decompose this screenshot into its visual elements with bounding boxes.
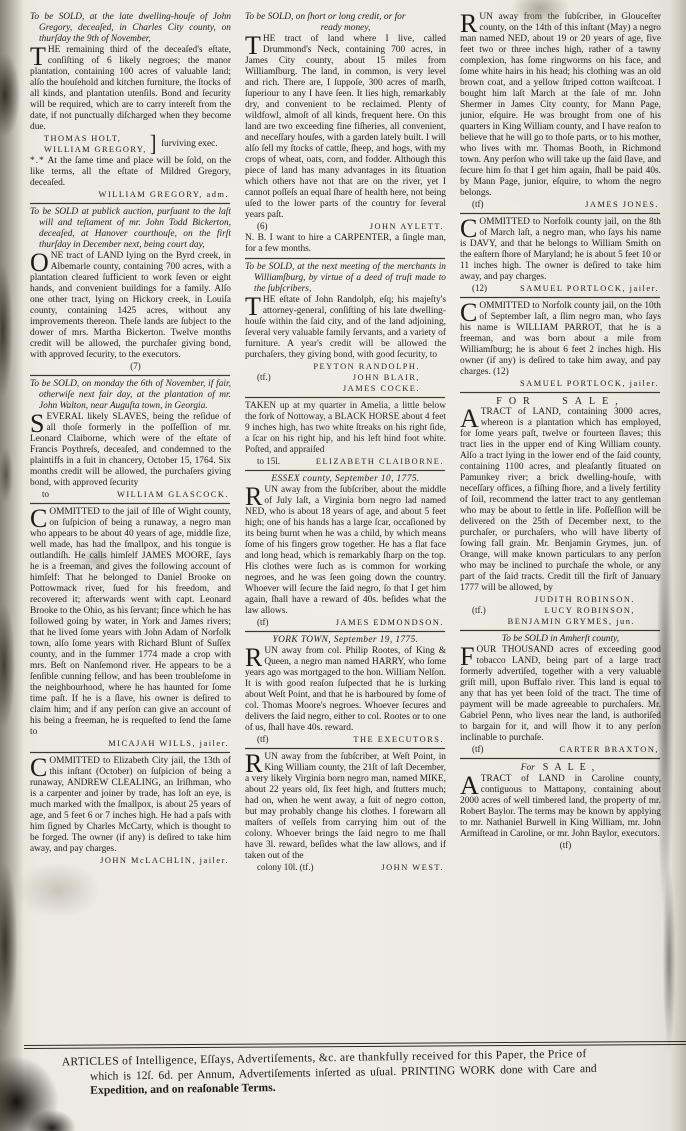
ad-bickerton-auction: To be SOLD at publick auction, purſuant … [30, 207, 231, 372]
ad-body: ATRACT of LAND in Caroline county, conti… [460, 774, 661, 840]
sig-mark: (tf) [472, 199, 484, 210]
ad-text: EVERAL likely SLAVES, being the reſidue … [30, 412, 231, 488]
drop-cap: C [30, 756, 49, 778]
ad-text: HE remaining third of the deceaſed's eſt… [30, 45, 231, 132]
ad-intro: To be SOLD, on monday the 6th of Novembe… [30, 379, 231, 412]
sig-center: (tf) [472, 840, 659, 851]
drop-cap: C [460, 217, 479, 239]
drop-cap: C [460, 301, 479, 323]
ad-postscript: *.* At the ſame time and place will be ſ… [30, 155, 231, 189]
heading-word-sale: SALE, [543, 762, 601, 773]
ad-text: HE eſtate of John Randolph, eſq; his maj… [245, 295, 446, 360]
ad-land-sale-king-william: FOR SALE, ATRACT of LAND, containing 300… [460, 396, 661, 627]
drop-cap: O [30, 251, 51, 273]
ad-runaway-mike-westpoint: RUN away from the ſubſcriber, at Weſt Po… [245, 752, 446, 873]
ad-body: THE eſtate of John Randolph, eſq; his ma… [245, 295, 446, 361]
ad-taken-up-black-horse: TAKEN up at my quarter in Amelia, a litt… [245, 401, 446, 467]
divider-rule [460, 392, 660, 393]
ad-body: THE remaining third of the deceaſed's eſ… [30, 45, 231, 133]
ad-body: THE tract of land where I live, called D… [245, 34, 446, 221]
ad-text: HE tract of land where I live, called Dr… [245, 34, 446, 220]
ad-heading: FOR SALE, [460, 396, 661, 407]
ad-drummonds-neck-sale: To be SOLD, on ſhort or long credit, or … [245, 12, 446, 255]
divider-rule [30, 203, 230, 204]
sig-mark: (12) [472, 283, 487, 294]
sig-name: CARTER BRAXTON, [559, 744, 659, 755]
sig-center: (7) [42, 361, 229, 372]
divider-rule [460, 630, 660, 631]
ad-text: UN away from col. Philip Rootes, of King… [245, 646, 446, 733]
divider-rule [460, 758, 660, 759]
divider-rule [245, 258, 445, 259]
heading-word-for: For [521, 763, 535, 773]
ad-text: UN away from the ſubſcriber, at Weſt Poi… [245, 752, 446, 861]
ad-text: OMMITTED to the jail of Iſle of Wight co… [30, 507, 231, 737]
ad-signature: JAMES COCKE. [245, 383, 446, 394]
column-2: To be SOLD, on ſhort or long credit, or … [245, 12, 446, 1040]
drop-cap: R [245, 646, 264, 668]
ad-text: OMMITTED to Elizabeth City jail, the 13t… [30, 756, 231, 854]
ad-body: ATRACT of LAND, containing 3000 acres, w… [460, 407, 661, 594]
ad-signature: (tf)CARTER BRAXTON, [460, 744, 661, 755]
ad-runaway-ned-gloucester: RUN away from the ſubſcriber, in Glouceſ… [460, 12, 661, 210]
divider-rule [245, 748, 445, 749]
sig-name: PEYTON RANDOLPH. [313, 361, 420, 372]
sig-mark: colony 10l. (tf.) [257, 862, 314, 873]
brace-glyph: ] [150, 133, 157, 156]
asterism-mark: *.* [30, 156, 45, 166]
ad-signature: SAMUEL PORTLOCK, jailer. [460, 378, 661, 389]
ad-signature: (7) [30, 361, 231, 372]
ad-committed-william-parrot: COMMITTED to Norfolk county jail, on the… [460, 301, 661, 389]
sig-mark: (tf) [257, 734, 269, 745]
ad-georgia-slaves-sale: To be SOLD, on monday the 6th of Novembe… [30, 379, 231, 500]
ad-intro-line2: ready money, [245, 23, 446, 34]
ad-randolph-estate-sale: To be SOLD, at the next meeting of the m… [245, 262, 446, 394]
sig-name: JOHN McLACHLIN, jailer. [100, 855, 229, 866]
drop-cap: R [245, 485, 264, 507]
ad-body: ONE tract of LAND lying on the Byrd cree… [30, 251, 231, 361]
ad-text: OMMITTED to Norfolk county jail, on the … [460, 301, 661, 377]
ad-runaway-harry-yorktown: YORK TOWN, September 19, 1775. RUN away … [245, 635, 446, 745]
sig-mark: to [42, 489, 49, 500]
sig-mark: (tf.) [472, 605, 486, 616]
ad-intro: To be SOLD, on ſhort or long credit, or … [245, 12, 446, 23]
sig-name: JAMES JONES. [585, 199, 659, 210]
ad-signature: MICAJAH WILLS, jailer. [30, 738, 231, 749]
sig-mark: (tf) [472, 744, 484, 755]
ad-signature: to 15l.ELIZABETH CLAIBORNE. [245, 456, 446, 467]
drop-cap: T [245, 34, 263, 56]
ad-dateline: ESSEX county, September 10, 1775. [245, 474, 446, 485]
ad-signature: (tf) [460, 840, 661, 851]
sig-name: WILLIAM GLASCOCK. [117, 489, 229, 500]
ad-signature: colony 10l. (tf.)JOHN WEST. [245, 862, 446, 873]
ad-body: SEVERAL likely SLAVES, being the reſidue… [30, 412, 231, 489]
nota-bene: N. B. I want to hire a CARPENTER, a ſing… [245, 232, 446, 255]
divider-rule [30, 503, 230, 504]
executor-label: ſurviving exec. [159, 139, 217, 150]
ad-body: COMMITTED to the jail of Iſle of Wight c… [30, 507, 231, 738]
sig-name: JAMES EDMONDSON. [336, 617, 444, 628]
ad-intro: To be SOLD in Amherſt county, [460, 634, 661, 645]
ad-committed-andrew-clealing: COMMITTED to Elizabeth City jail, the 13… [30, 756, 231, 866]
ad-text: OMMITTED to Norfolk county jail, on the … [460, 217, 661, 282]
sig-name: SAMUEL PORTLOCK, jailer. [520, 283, 659, 294]
sig-name: JUDITH ROBINSON. [535, 594, 635, 605]
ad-body: RUN away from col. Philip Rootes, of Kin… [245, 646, 446, 734]
column-1: To be SOLD, at the late dwelling-houſe o… [30, 12, 231, 1040]
ad-body: RUN away from the ſubſcriber, at Weſt Po… [245, 752, 446, 862]
ad-text: TRACT of LAND, containing 3000 acres, wh… [460, 407, 661, 593]
ad-heading: ForSALE, [460, 762, 661, 774]
executor-name: WILLIAM GREGORY, [44, 144, 147, 155]
sig-mark: to 15l. [257, 456, 280, 467]
drop-cap: T [245, 295, 263, 317]
divider-rule [245, 470, 445, 471]
sig-name: THE EXECUTORS. [353, 734, 444, 745]
ad-signature: JOHN McLACHLIN, jailer. [30, 855, 231, 866]
ad-signature: (tf.)LUCY ROBINSON, [460, 605, 661, 616]
ad-signature: BENJAMIN GRYMES, jun. [460, 616, 661, 627]
drop-cap: A [460, 407, 481, 429]
sig-name: JOHN AYLETT. [370, 221, 444, 232]
divider-rule [460, 297, 660, 298]
ad-text: OUR THOUSAND acres of exceeding good tob… [460, 645, 661, 743]
sig-name: JAMES COCKE. [343, 383, 420, 394]
ad-runaway-ned-essex: ESSEX county, September 10, 1775. RUN aw… [245, 474, 446, 628]
drop-cap: S [30, 412, 46, 434]
ad-signature: (tf.)JOHN BLAIR, [245, 372, 446, 383]
postscript-text: At the ſame time and place will be ſold,… [30, 156, 231, 188]
sig-mark: (tf.) [257, 372, 271, 383]
executor-names: THOMAS HOLT, WILLIAM GREGORY, [44, 133, 147, 155]
divider-rule [30, 375, 230, 376]
ad-committed-davy: COMMITTED to Norfolk county jail, on the… [460, 217, 661, 294]
sig-name: WILLIAM GREGORY, adm. [99, 189, 229, 200]
ad-caroline-tract-sale: ForSALE, ATRACT of LAND in Caroline coun… [460, 762, 661, 851]
executor-name: THOMAS HOLT, [44, 133, 147, 144]
sig-name: JOHN BLAIR, [353, 372, 420, 383]
ad-signature: (tf)JAMES JONES. [460, 199, 661, 210]
ad-body: COMMITTED to Elizabeth City jail, the 13… [30, 756, 231, 855]
ad-text: TRACT of LAND in Caroline county, contig… [460, 774, 661, 839]
sig-mark: (6) [257, 221, 268, 232]
drop-cap: F [460, 645, 476, 667]
divider-rule [245, 631, 445, 632]
drop-cap: T [30, 45, 48, 67]
ad-signature: toWILLIAM GLASCOCK. [30, 489, 231, 500]
drop-cap: A [460, 774, 481, 796]
sig-name: LUCY ROBINSON, [545, 605, 636, 616]
sig-name: SAMUEL PORTLOCK, jailer. [520, 378, 659, 389]
sig-name: MICAJAH WILLS, jailer. [108, 738, 229, 749]
ad-text: UN away from the ſubſcriber, about the m… [245, 485, 446, 616]
ad-body: COMMITTED to Norfolk county jail, on the… [460, 301, 661, 378]
ad-gregory-estate-sale: To be SOLD, at the late dwelling-houſe o… [30, 12, 231, 200]
sig-name: ELIZABETH CLAIBORNE. [316, 456, 444, 467]
ad-body: RUN away from the ſubſcriber, about the … [245, 485, 446, 617]
sig-name: BENJAMIN GRYMES, jun. [508, 616, 635, 627]
executors-brace-block: THOMAS HOLT, WILLIAM GREGORY, ] ſurvivin… [30, 133, 231, 155]
ad-body: TAKEN up at my quarter in Amelia, a litt… [245, 401, 446, 456]
ad-signature: (tf)THE EXECUTORS. [245, 734, 446, 745]
ad-body: COMMITTED to Norfolk county jail, on the… [460, 217, 661, 283]
ad-signature: (12)SAMUEL PORTLOCK, jailer. [460, 283, 661, 294]
sig-mark: (tf) [257, 617, 269, 628]
ad-text: UN away from the ſubſcriber, in Glouceſt… [460, 12, 661, 198]
ad-amherst-tobacco-land: To be SOLD in Amherſt county, FOUR THOUS… [460, 634, 661, 755]
ad-dateline: YORK TOWN, September 19, 1775. [245, 635, 446, 646]
newspaper-page: { "columns": [ { "ads": [ { "intro": "To… [0, 0, 686, 1131]
column-layout: To be SOLD, at the late dwelling-houſe o… [30, 12, 662, 1040]
ad-signature: (tf)JAMES EDMONDSON. [245, 617, 446, 628]
ad-signature: PEYTON RANDOLPH. [245, 361, 446, 372]
ad-text: NE tract of LAND lying on the Byrd creek… [30, 251, 231, 360]
drop-cap: R [460, 12, 479, 34]
ad-body: FOUR THOUSAND acres of exceeding good to… [460, 645, 661, 744]
ad-signature: WILLIAM GREGORY, adm. [30, 189, 231, 200]
ad-text: TAKEN up at my quarter in Amelia, a litt… [245, 401, 446, 455]
ad-signature: (6)JOHN AYLETT. [245, 221, 446, 232]
ad-intro: To be SOLD, at the late dwelling-houſe o… [30, 12, 231, 45]
column-3: RUN away from the ſubſcriber, in Glouceſ… [460, 12, 661, 1040]
ad-intro: To be SOLD at publick auction, purſuant … [30, 207, 231, 251]
sig-name: JOHN WEST. [381, 862, 444, 873]
divider-rule [245, 397, 445, 398]
ad-intro: To be SOLD, at the next meeting of the m… [245, 262, 446, 295]
drop-cap: C [30, 507, 49, 529]
ad-committed-james-moore: COMMITTED to the jail of Iſle of Wight c… [30, 507, 231, 749]
divider-rule [30, 752, 230, 753]
ad-signature: JUDITH ROBINSON. [460, 594, 661, 605]
drop-cap: R [245, 752, 264, 774]
ad-body: RUN away from the ſubſcriber, in Glouceſ… [460, 12, 661, 199]
divider-rule [460, 213, 660, 214]
